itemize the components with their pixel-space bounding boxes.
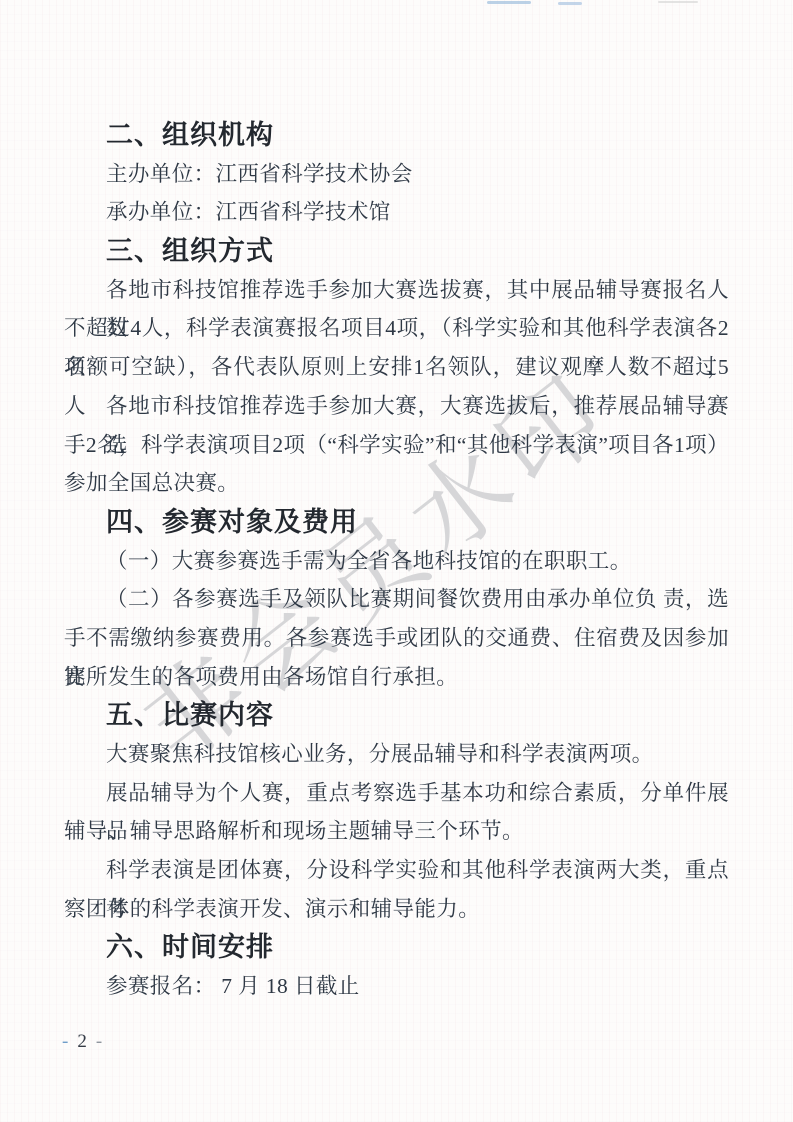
text-line: 各地市科技馆推荐选手参加大赛选拔赛，其中展品辅导赛报名人数 bbox=[64, 271, 729, 310]
document-body: 二、组织机构主办单位：江西省科学技术协会承办单位：江西省科学技术馆三、组织方式各… bbox=[64, 116, 729, 1006]
text-line: 赛所发生的各项费用由各场馆自行承担。 bbox=[64, 658, 729, 697]
text-line: 名额可空缺），各代表队原则上安排1名领队，建议观摩人数不超过5人。 bbox=[64, 348, 729, 387]
text-line: 各地市科技馆推荐选手参加大赛，大赛选拔后，推荐展品辅导赛选 bbox=[64, 387, 729, 426]
section-heading: 四、参赛对象及费用 bbox=[64, 503, 729, 542]
page-footer: -2- bbox=[62, 1031, 102, 1053]
text-line: 主办单位：江西省科学技术协会 bbox=[64, 155, 729, 194]
text-line: 不超过4人，科学表演赛报名项目4项，（科学实验和其他科学表演各2项， bbox=[64, 309, 729, 348]
text-line: 察团体的科学表演开发、演示和辅导能力。 bbox=[64, 890, 729, 929]
text-line: 参加全国总决赛。 bbox=[64, 464, 729, 503]
section-heading: 六、时间安排 bbox=[64, 928, 729, 967]
footer-right-dash: - bbox=[96, 1031, 102, 1052]
section-heading: 五、比赛内容 bbox=[64, 696, 729, 735]
text-line: 辅导、辅导思路解析和现场主题辅导三个环节。 bbox=[64, 812, 729, 851]
text-line: （二）各参赛选手及领队比赛期间餐饮费用由承办单位负 责，选 bbox=[64, 580, 729, 619]
text-line: 科学表演是团体赛，分设科学实验和其他科学表演两大类，重点考 bbox=[64, 851, 729, 890]
scan-artifact-blue-dash bbox=[487, 1, 531, 4]
scan-artifact-grey-dash bbox=[658, 1, 698, 3]
page-number: 2 bbox=[77, 1031, 87, 1052]
text-line: 手不需缴纳参赛费用。各参赛选手或团队的交通费、住宿费及因参加比 bbox=[64, 619, 729, 658]
text-line: （一）大赛参赛选手需为全省各地科技馆的在职职工。 bbox=[64, 542, 729, 581]
footer-left-dash: - bbox=[62, 1031, 68, 1052]
text-line: 承办单位：江西省科学技术馆 bbox=[64, 193, 729, 232]
section-heading: 三、组织方式 bbox=[64, 232, 729, 271]
section-heading: 二、组织机构 bbox=[64, 116, 729, 155]
text-line: 展品辅导为个人赛，重点考察选手基本功和综合素质，分单件展品 bbox=[64, 774, 729, 813]
text-line: 大赛聚焦科技馆核心业务，分展品辅导和科学表演两项。 bbox=[64, 735, 729, 774]
text-line: 手2名，科学表演项目2项（“科学实验”和“其他科学表演”项目各1项） bbox=[64, 426, 729, 465]
document-page: 非会员水印 二、组织机构主办单位：江西省科学技术协会承办单位：江西省科学技术馆三… bbox=[0, 0, 793, 1122]
scan-artifact-blue-dash bbox=[558, 2, 582, 5]
text-line: 参赛报名： 7 月 18 日截止 bbox=[64, 967, 729, 1006]
